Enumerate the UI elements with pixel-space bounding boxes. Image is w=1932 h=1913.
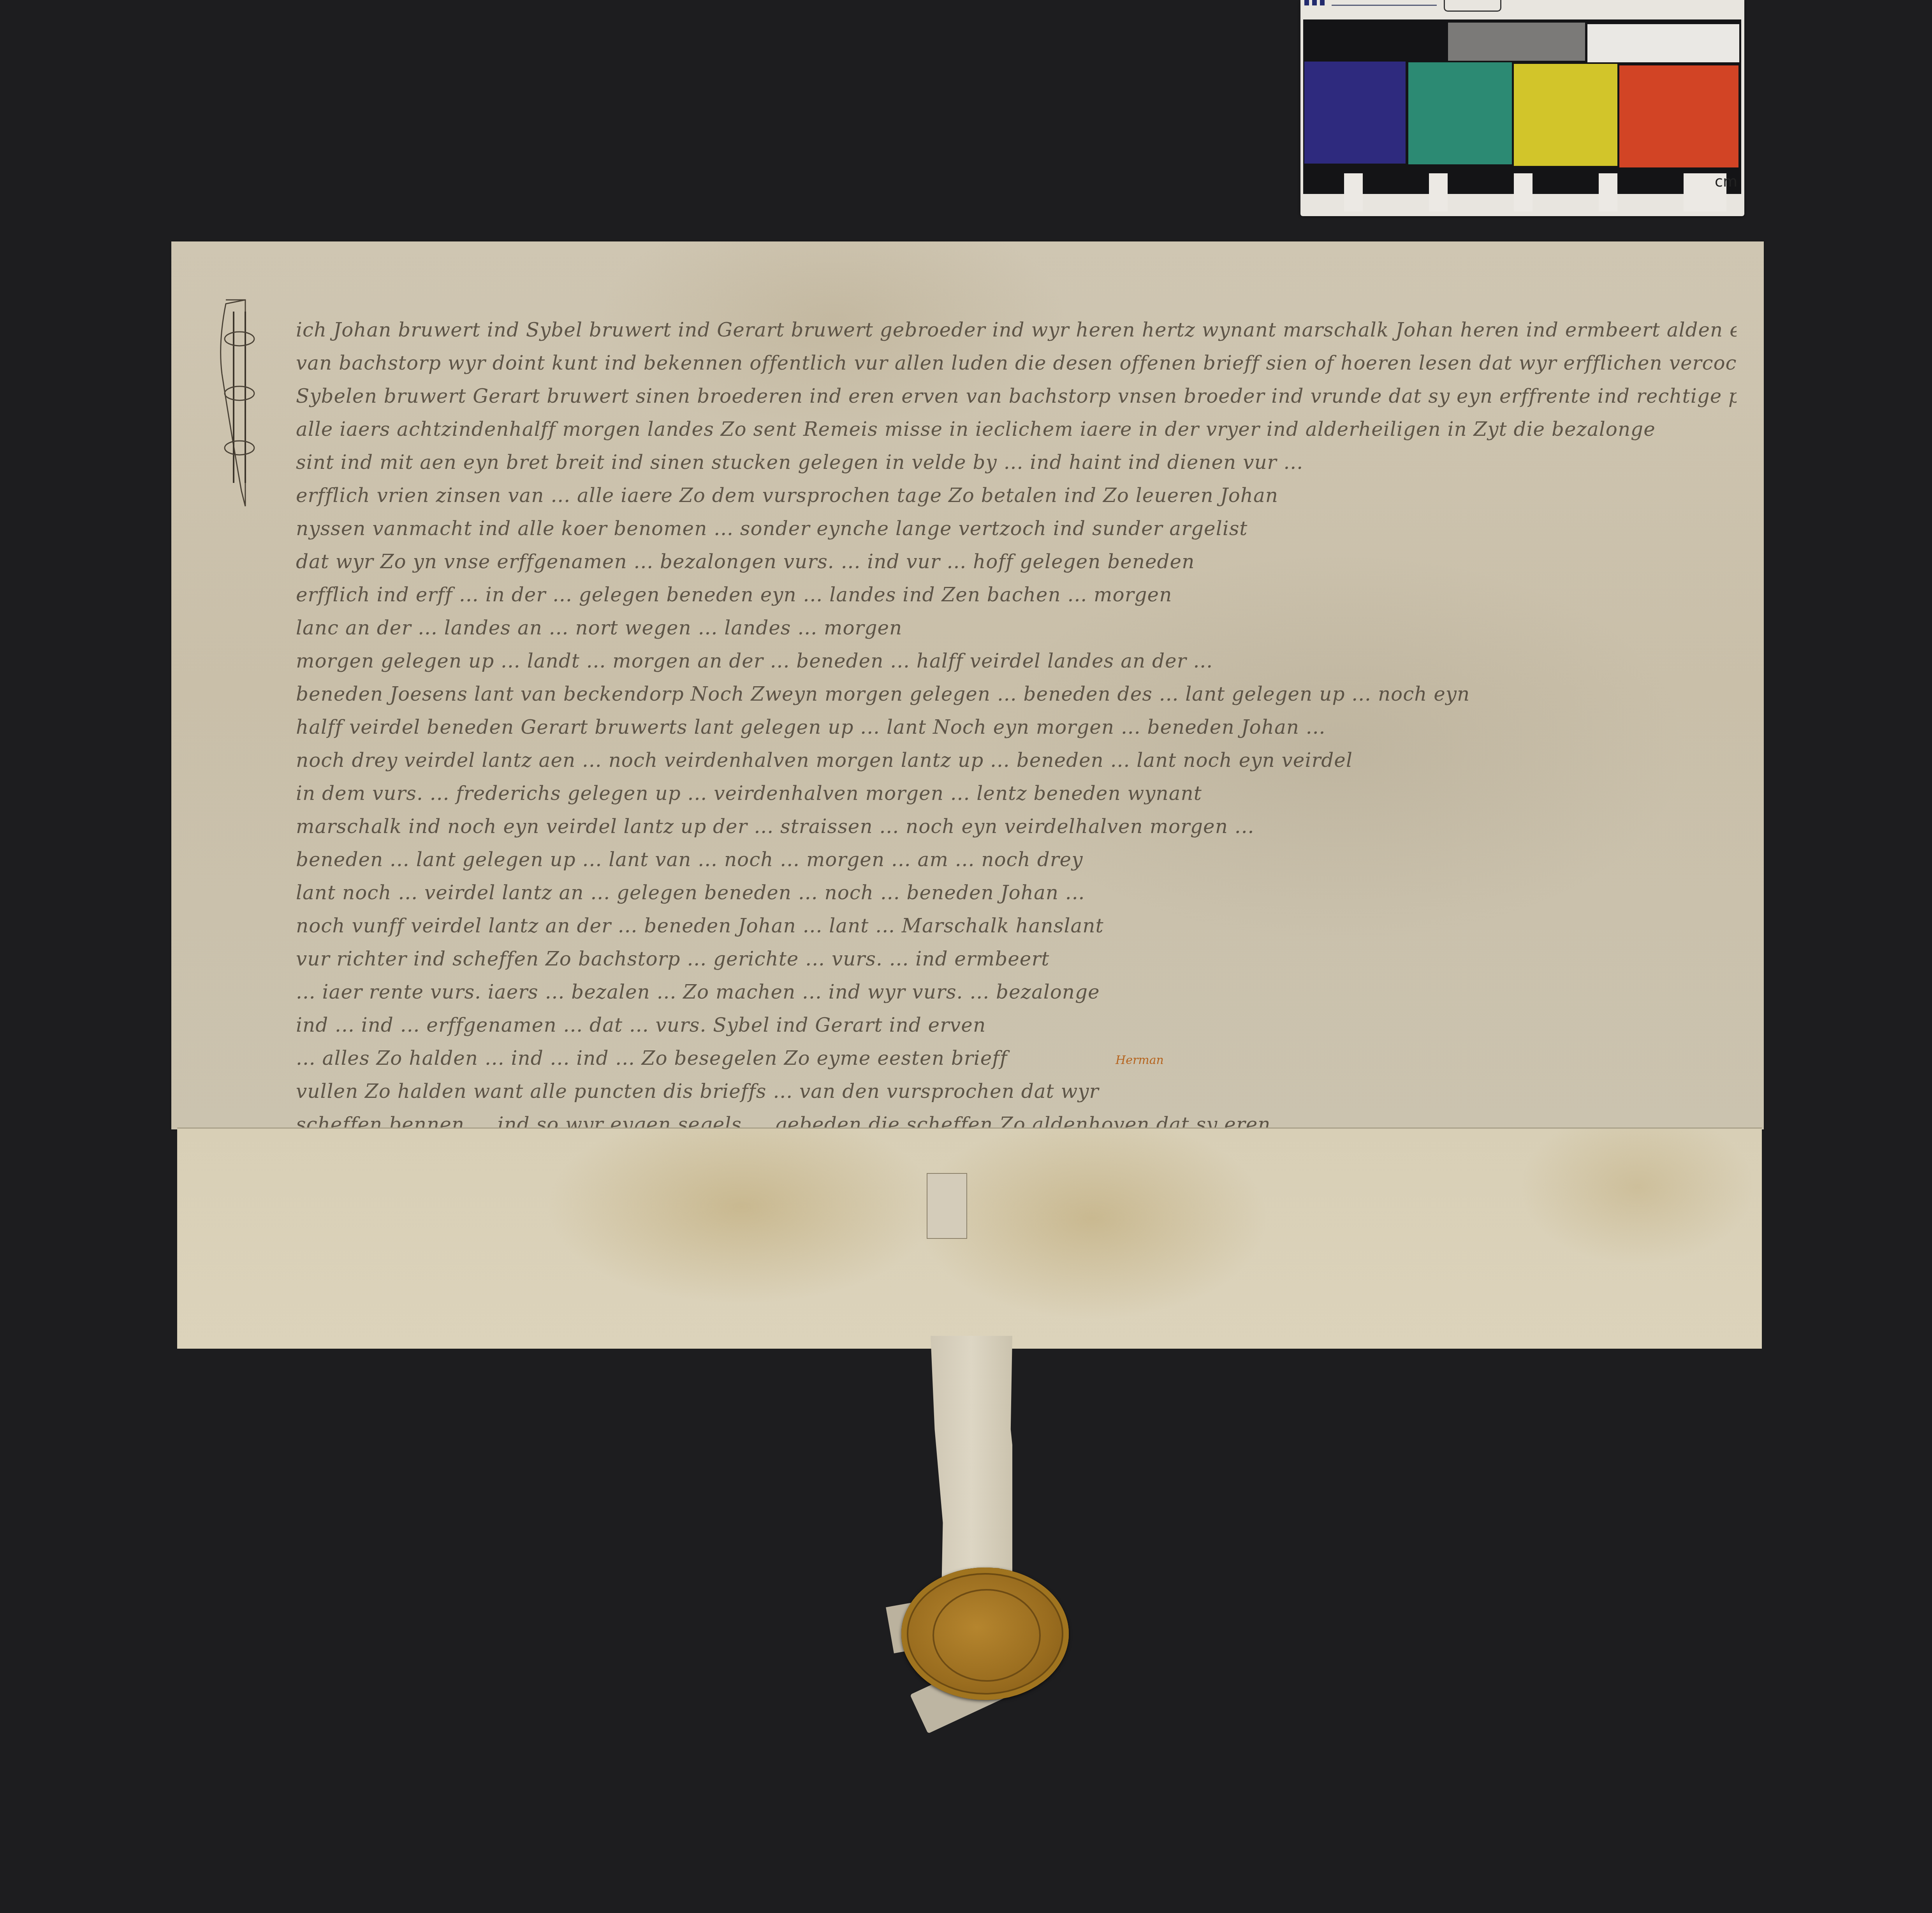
text-line: van bachstorp wyr doint kunt ind bekenne… — [296, 347, 1737, 380]
patch-blue — [1304, 62, 1406, 164]
text-line: ... alles Zo halden ... ind ... ind ... … — [296, 1042, 1737, 1075]
patch-black — [1303, 19, 1448, 61]
patch-white — [1587, 24, 1739, 62]
ruler-square — [1344, 173, 1363, 211]
charter-text: ich Johan bruwert ind Sybel bruwert ind … — [296, 314, 1737, 1240]
cm-label: cm — [1715, 173, 1737, 190]
text-line: ... iaer rente vurs. iaers ... bezalen .… — [296, 976, 1737, 1009]
text-line: sint ind mit aen eyn bret breit ind sine… — [296, 446, 1737, 479]
patch-teal — [1408, 62, 1512, 164]
text-line: morgen gelegen up ... landt ... morgen a… — [296, 645, 1737, 678]
text-line: halff veirdel beneden Gerart bruwerts la… — [296, 711, 1737, 744]
ruler-square — [1514, 173, 1533, 211]
text-line: marschalk ind noch eyn veirdel lantz up … — [296, 810, 1737, 843]
patch-yellow — [1514, 64, 1617, 166]
text-line: noch drey veirdel lantz aen ... noch vei… — [296, 744, 1737, 777]
plica-fold — [177, 1127, 1762, 1349]
text-line: lant noch ... veirdel lantz an ... geleg… — [296, 876, 1737, 909]
text-line: beneden Joesens lant van beckendorp Noch… — [296, 678, 1737, 711]
color-calibration-card: cm — [1300, 0, 1744, 216]
text-line: Sybelen bruwert Gerart bruwert sinen bro… — [296, 380, 1737, 413]
seal-emblem-icon — [933, 1589, 1041, 1682]
patch-gray — [1448, 23, 1585, 61]
calibration-grid: cm — [1303, 19, 1741, 194]
text-line: noch vunff veirdel lantz an der ... bene… — [296, 909, 1737, 942]
text-line: beneden ... lant gelegen up ... lant van… — [296, 843, 1737, 876]
text-line: lanc an der ... landes an ... nort wegen… — [296, 611, 1737, 645]
card-rule — [1332, 5, 1437, 6]
card-id-badge — [1444, 0, 1501, 12]
text-line: nyssen vanmacht ind alle koer benomen ..… — [296, 512, 1737, 545]
text-line: in dem vurs. ... frederichs gelegen up .… — [296, 777, 1737, 810]
text-line: vullen Zo halden want alle puncten dis b… — [296, 1075, 1737, 1108]
card-logo-icon — [1304, 0, 1326, 5]
text-line: erfflich ind erff ... in der ... gelegen… — [296, 578, 1737, 611]
text-line: erfflich vrien zinsen van ... alle iaere… — [296, 479, 1737, 512]
seal-slit — [927, 1173, 967, 1239]
marginal-note: Herman — [1116, 1053, 1164, 1067]
text-line: ich Johan bruwert ind Sybel bruwert ind … — [296, 314, 1737, 347]
text-line: vur richter ind scheffen Zo bachstorp ..… — [296, 942, 1737, 976]
ruler-square — [1599, 173, 1617, 211]
decorated-initial-icon — [218, 296, 288, 514]
text-line: dat wyr Zo yn vnse erffgenamen ... bezal… — [296, 545, 1737, 578]
card-header — [1300, 0, 1744, 19]
patch-red — [1619, 65, 1738, 167]
text-line: ind ... ind ... erffgenamen ... dat ... … — [296, 1009, 1737, 1042]
wax-seal — [901, 1568, 1069, 1700]
ruler-square — [1429, 173, 1448, 211]
text-line: alle iaers achtzindenhalff morgen landes… — [296, 413, 1737, 446]
